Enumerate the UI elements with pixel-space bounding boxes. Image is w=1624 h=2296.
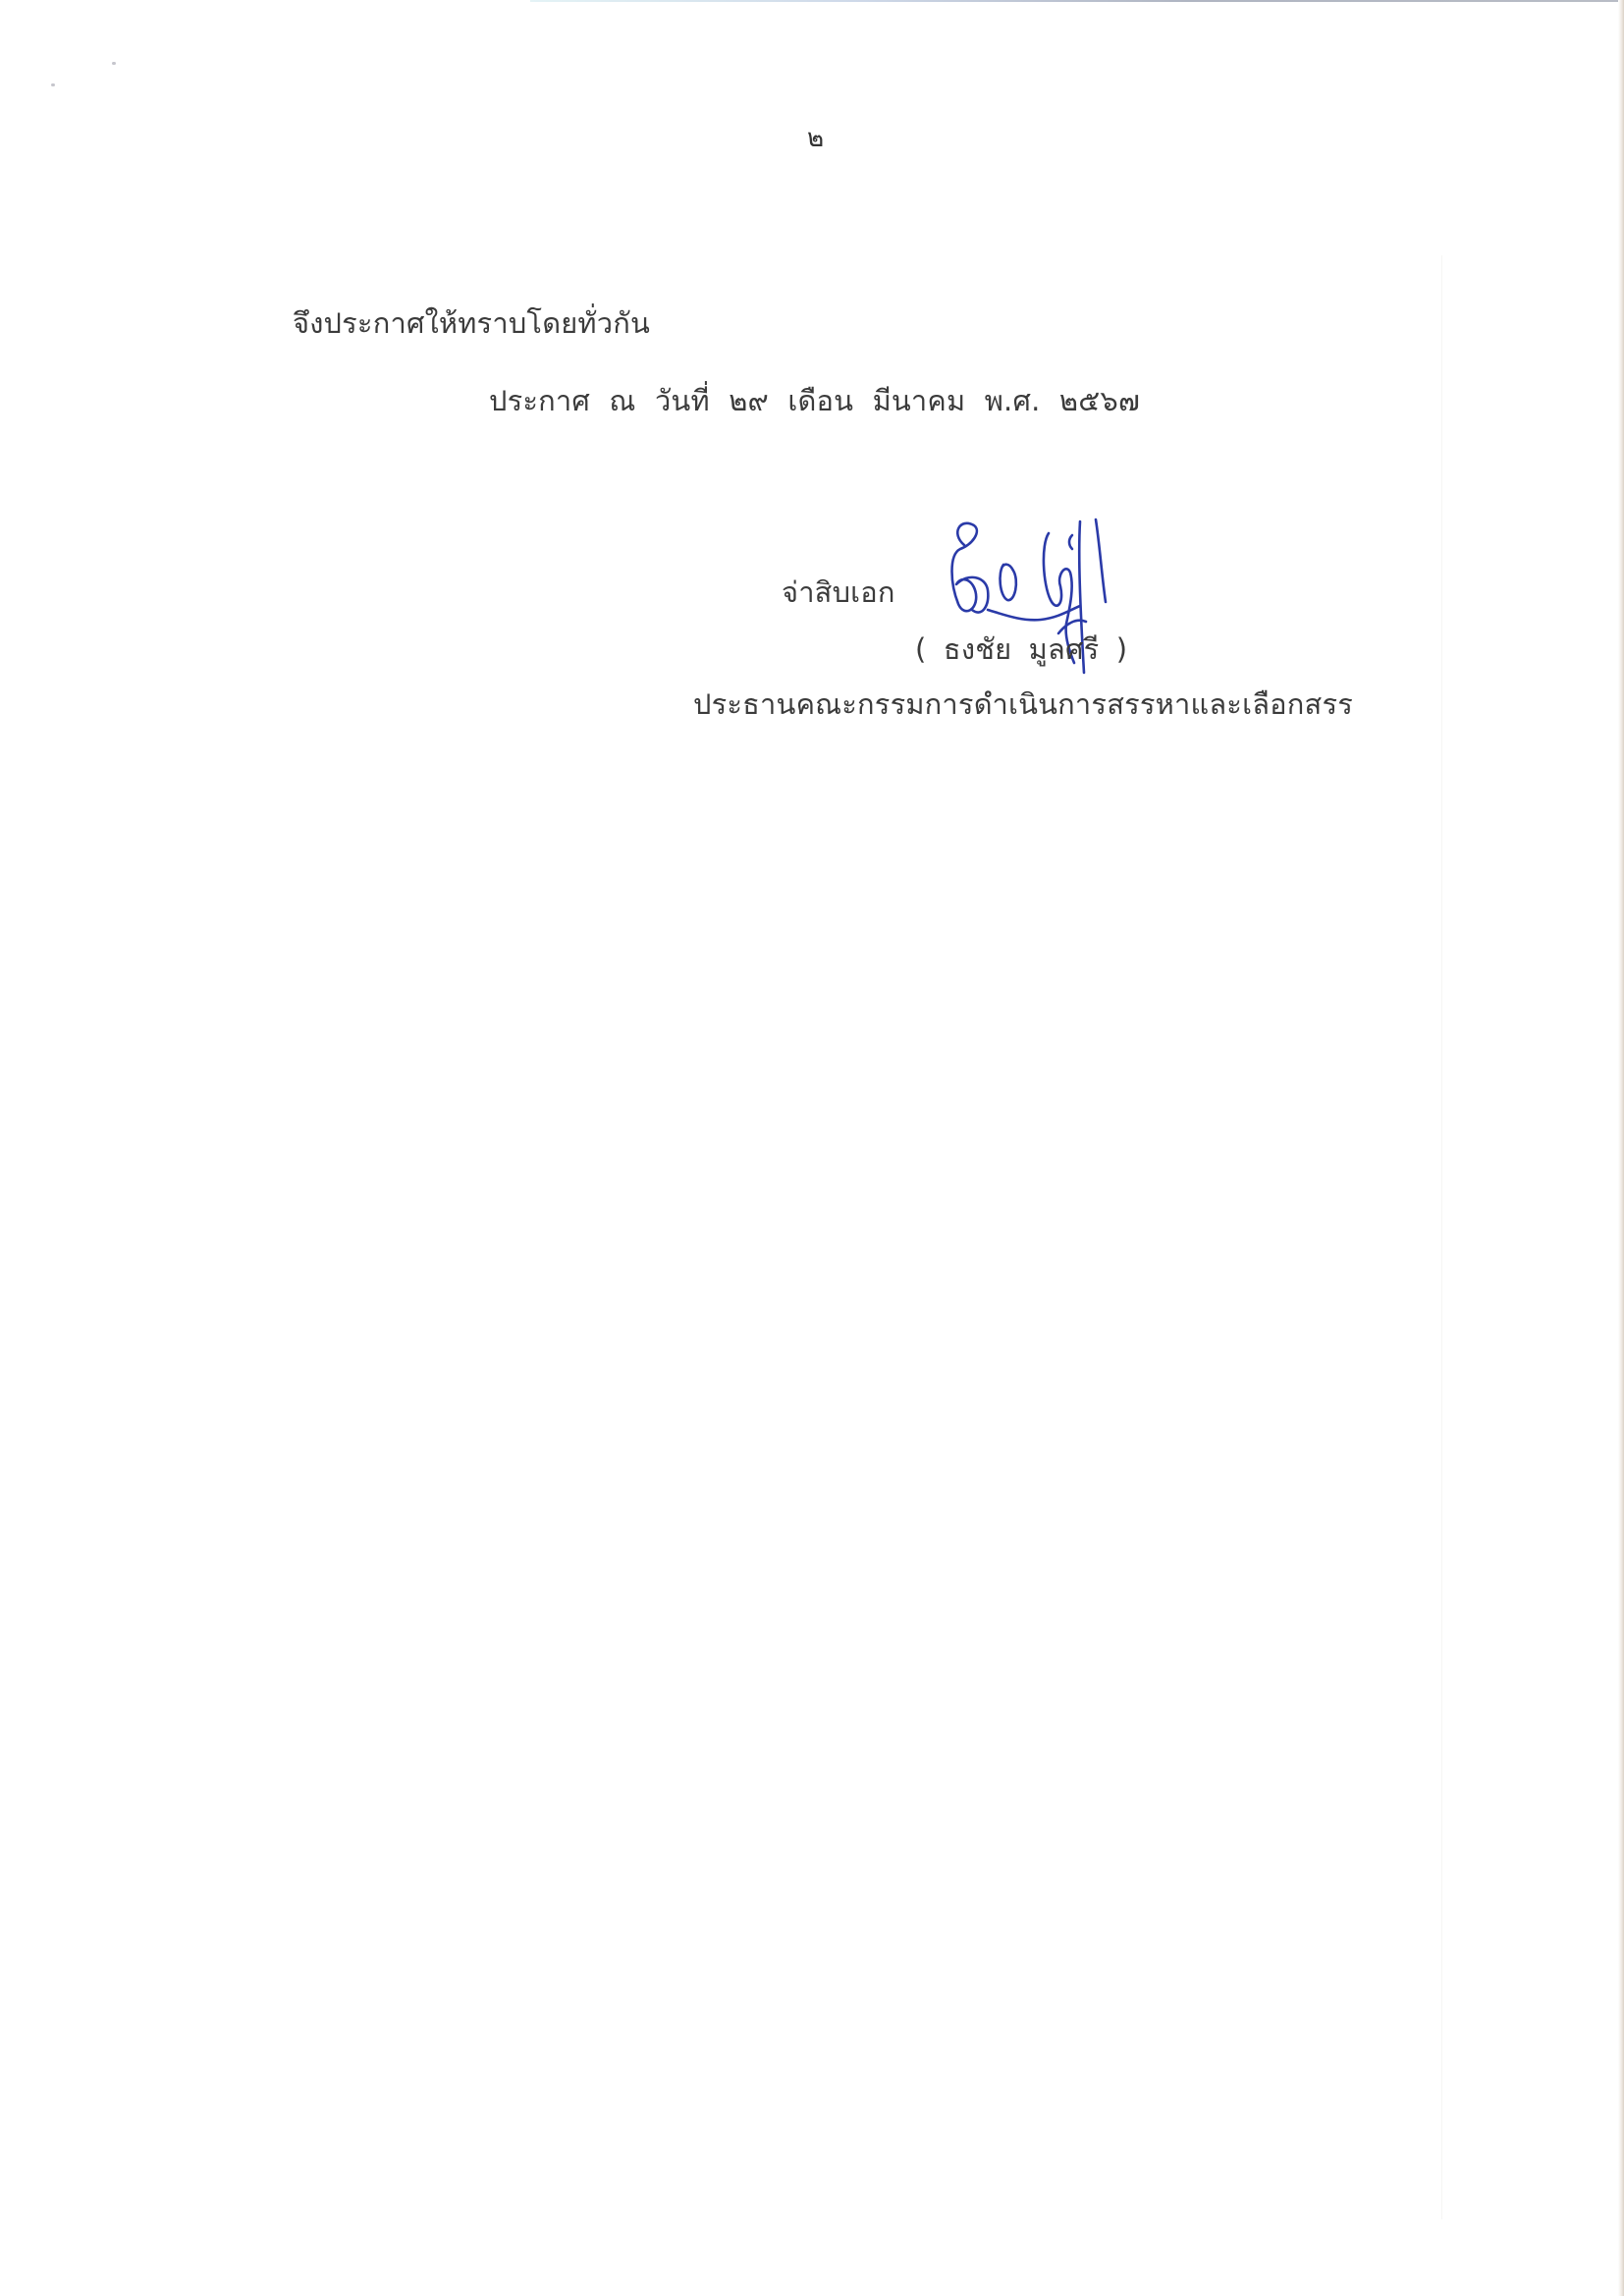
scan-top-edge (530, 0, 1624, 2)
page-number: ๒ (807, 118, 824, 158)
scan-speck (51, 83, 55, 86)
signatory-rank: จ่าสิบเอก (782, 570, 895, 615)
paper-fold-line (1441, 255, 1442, 2219)
closing-statement: จึงประกาศให้ทราบโดยทั่วกัน (293, 301, 650, 346)
scan-right-edge (1618, 0, 1624, 2296)
scan-speck (112, 62, 116, 65)
signatory-name: ( ธงชัย มูลศรี ) (915, 627, 1127, 672)
signatory-position: ประธานคณะกรรมการดำเนินการสรรหาและเลือกสร… (693, 682, 1353, 727)
announcement-date: ประกาศ ณ วันที่ ๒๙ เดือน มีนาคม พ.ศ. ๒๕๖… (489, 378, 1140, 423)
